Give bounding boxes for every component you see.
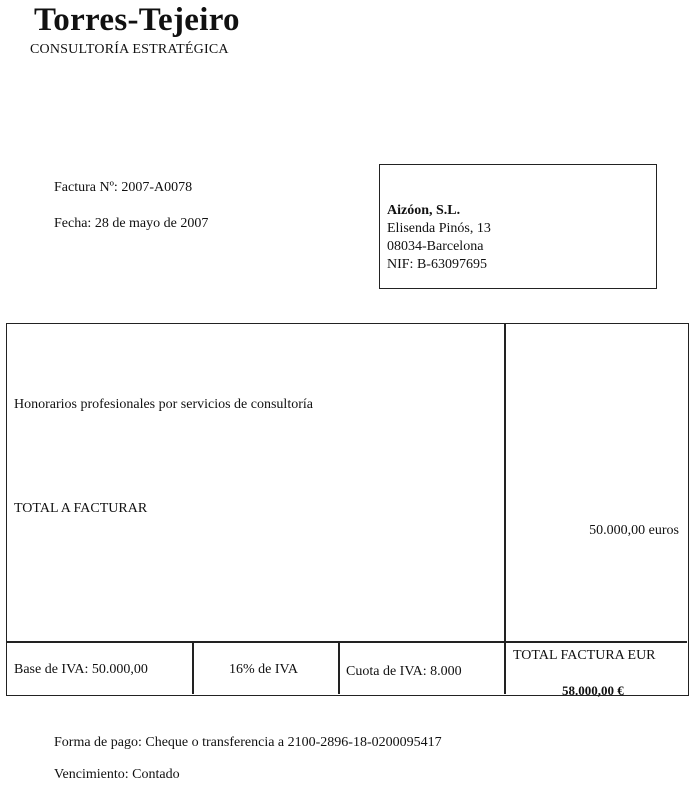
client-name: Aizóon, S.L.: [387, 202, 491, 220]
tax-quota: Cuota de IVA: 8.000: [346, 664, 462, 680]
total-amount: 50.000,00 euros: [589, 523, 679, 539]
client-city: 08034-Barcelona: [387, 238, 491, 256]
column-divider: [504, 324, 506, 694]
line-item-description: Honorarios profesionales por servicios d…: [14, 397, 313, 413]
total-label: TOTAL A FACTURAR: [14, 501, 147, 517]
company-name: Torres-Tejeiro: [34, 2, 240, 39]
client-nif: NIF: B-63097695: [387, 256, 491, 274]
invoice-number: Factura Nº: 2007-A0078: [54, 180, 192, 196]
client-address-box: Aizóon, S.L. Elisenda Pinós, 13 08034-Ba…: [379, 164, 657, 289]
tax-cell-divider: [338, 641, 340, 694]
tax-cell-divider: [192, 641, 194, 694]
tax-base: Base de IVA: 50.000,00: [14, 662, 148, 678]
invoice-date: Fecha: 28 de mayo de 2007: [54, 216, 208, 232]
invoice-table: Honorarios profesionales por servicios d…: [6, 323, 689, 696]
grand-total-value: 58.000,00 €: [562, 683, 624, 699]
row-divider: [7, 641, 687, 643]
grand-total-label: TOTAL FACTURA EUR: [513, 648, 656, 664]
tax-rate: 16% de IVA: [229, 662, 298, 678]
due-date: Vencimiento: Contado: [54, 767, 180, 783]
client-address: Elisenda Pinós, 13: [387, 220, 491, 238]
payment-method: Forma de pago: Cheque o transferencia a …: [54, 735, 442, 751]
company-tagline: CONSULTORÍA ESTRATÉGICA: [30, 42, 229, 58]
